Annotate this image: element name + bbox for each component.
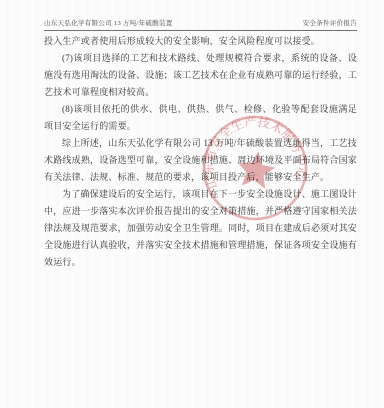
- header-left-title: 山东天弘化学有限公司 13 万吨/年硫酸装置: [44, 18, 173, 27]
- document-page: 山东天弘化学有限公司 13 万吨/年硫酸装置 安全条件评价报告 投入生产或者使用…: [0, 0, 384, 408]
- page-header: 山东天弘化学有限公司 13 万吨/年硫酸装置 安全条件评价报告: [44, 18, 357, 27]
- document-body: 投入生产或者使用后形成较大的安全影响，安全风险程度可以接受。 (7)该项目选择的…: [44, 33, 357, 271]
- header-divider: [44, 30, 357, 31]
- paragraph: 为了确保建设后的安全运行，该项目在下一步安全设施设计、施工图设计中，应进一步落实…: [44, 186, 357, 271]
- header-right-title: 安全条件评价报告: [303, 18, 357, 27]
- paragraph: (8)该项目依托的供水、供电、供热、供气、检修、化验等配套设施满足项目安全运行的…: [44, 101, 357, 135]
- paragraph: (7)该项目选择的工艺和技术路线、处理规模符合要求，系统的设备、设施没有选用淘汰…: [44, 50, 357, 101]
- paragraph: 投入生产或者使用后形成较大的安全影响，安全风险程度可以接受。: [44, 33, 357, 50]
- paragraph: 综上所述，山东天弘化学有限公司 13 万吨/年硫酸装置选址得当，工艺技术路线成熟…: [44, 135, 357, 186]
